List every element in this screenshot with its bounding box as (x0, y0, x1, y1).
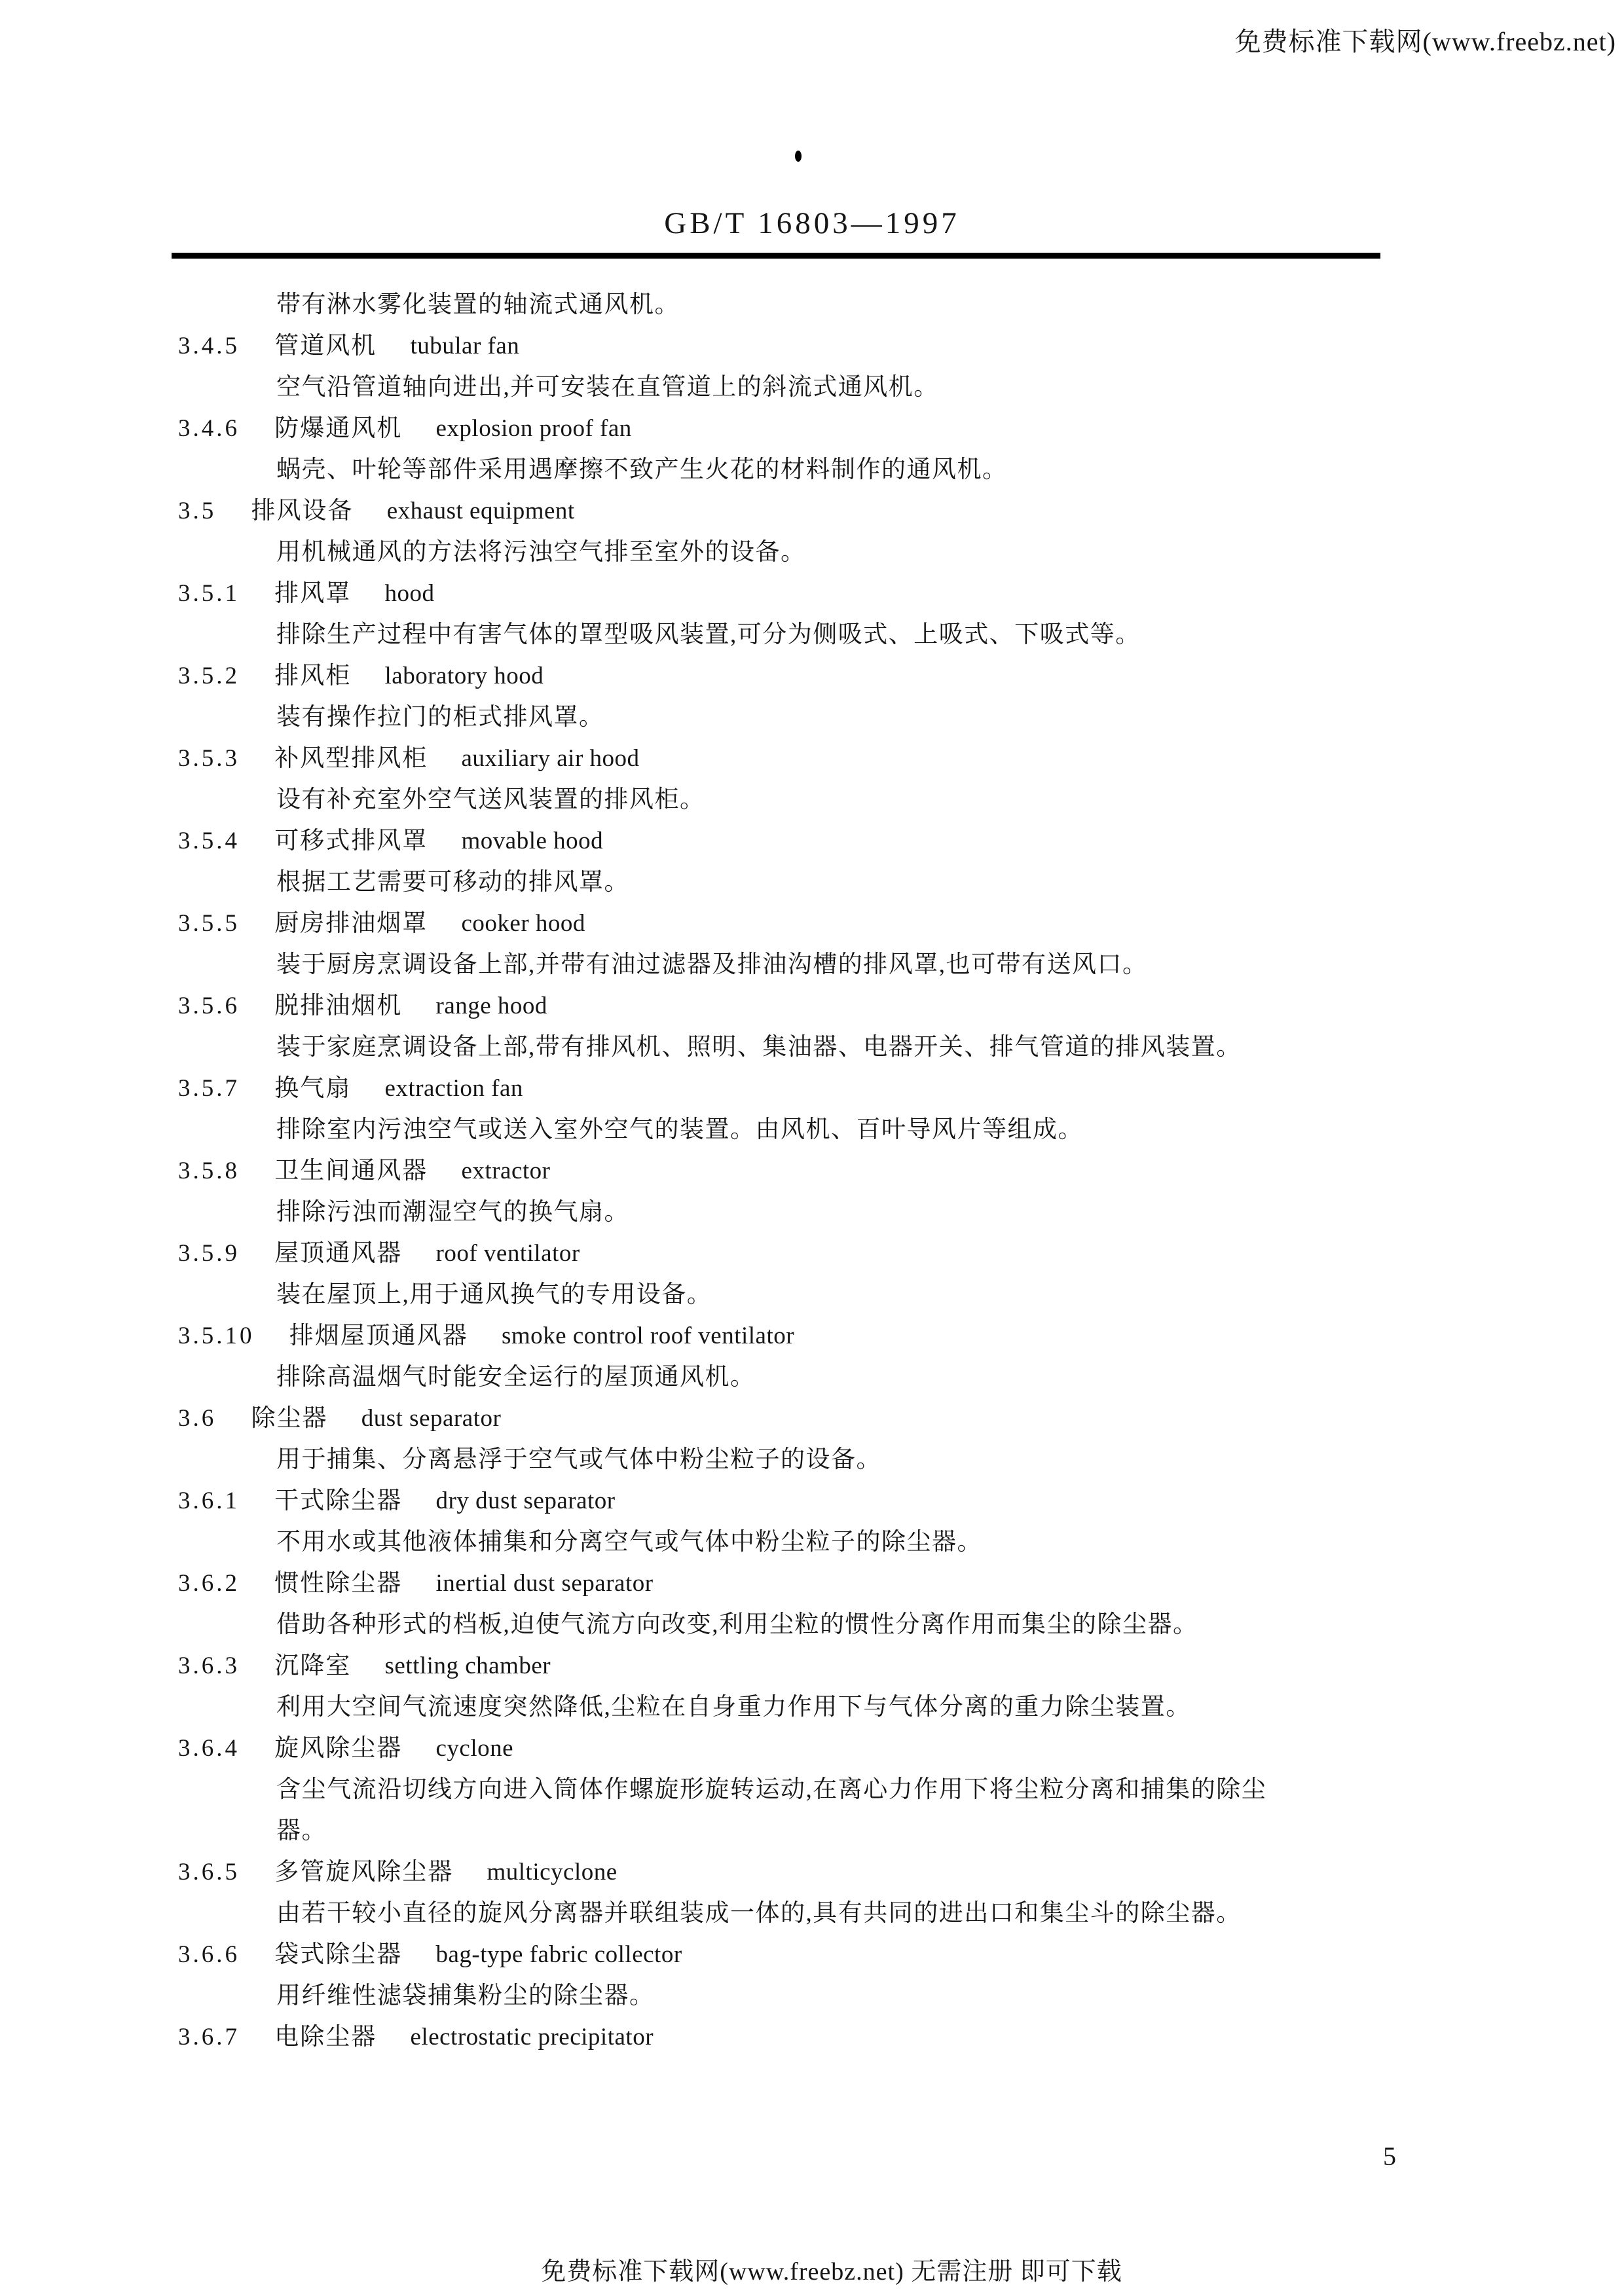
term-zh: 排烟屋顶通风器 (289, 1322, 468, 1349)
definition-line: 排除室内污浊空气或送入室外空气的装置。由风机、百叶导风片等组成。 (0, 1109, 1624, 1150)
term-en: roof ventilator (436, 1240, 580, 1267)
section-number: 3.5.8 (178, 1150, 240, 1192)
term-zh: 管道风机 (274, 333, 377, 359)
term-zh: 防爆通风机 (274, 415, 402, 442)
term-zh: 厨房排油烟罩 (274, 910, 428, 937)
section-number: 3.6.5 (178, 1851, 240, 1893)
term-entry: 3.6.1 干式除尘器 dry dust separator 不用水或其他液体捕… (0, 1480, 1624, 1563)
term-en: dust separator (361, 1405, 502, 1432)
term-entry: 3.5 排风设备 exhaust equipment 用机械通风的方法将污浊空气… (0, 490, 1624, 573)
term-zh: 排风设备 (251, 498, 354, 524)
term-entry: 3.5.8 卫生间通风器 extractor 排除污浊而潮湿空气的换气扇。 (0, 1150, 1624, 1233)
term-entry: 3.5.3 补风型排风柜 auxiliary air hood 设有补充室外空气… (0, 738, 1624, 820)
term-line: 3.5.2 排风柜 laboratory hood (0, 655, 1624, 697)
term-en: exhaust equipment (387, 498, 575, 524)
header-rule (172, 253, 1380, 259)
definition-line: 带有淋水雾化装置的轴流式通风机。 (0, 284, 1624, 325)
definition-line: 设有补充室外空气送风装置的排风柜。 (0, 779, 1624, 820)
section-number: 3.5.9 (178, 1233, 240, 1274)
definition-block: 装有操作拉门的柜式排风罩。 (0, 697, 1624, 738)
term-zh: 脱排油烟机 (274, 993, 402, 1019)
definition-line: 用机械通风的方法将污浊空气排至室外的设备。 (0, 532, 1624, 573)
section-number: 3.5.10 (178, 1315, 255, 1357)
term-en: dry dust separator (436, 1487, 616, 1514)
term-entry: 3.6.2 惯性除尘器 inertial dust separator 借助各种… (0, 1563, 1624, 1645)
term-entry: 3.5.10 排烟屋顶通风器 smoke control roof ventil… (0, 1315, 1624, 1398)
term-zh: 电除尘器 (274, 2024, 377, 2050)
term-en: cyclone (436, 1735, 514, 1762)
term-line: 3.6.2 惯性除尘器 inertial dust separator (0, 1563, 1624, 1604)
definition-block: 不用水或其他液体捕集和分离空气或气体中粉尘粒子的除尘器。 (0, 1522, 1624, 1563)
definition-line: 用纤维性滤袋捕集粉尘的除尘器。 (0, 1975, 1624, 2016)
definition-block: 排除污浊而潮湿空气的换气扇。 (0, 1192, 1624, 1233)
section-number: 3.6.3 (178, 1645, 240, 1686)
term-en: cooker hood (462, 910, 585, 937)
definition-block: 含尘气流沿切线方向进入筒体作螺旋形旋转运动,在离心力作用下将尘粒分离和捕集的除尘… (0, 1769, 1624, 1851)
term-entry: 3.6.7 电除尘器 electrostatic precipitator (0, 2016, 1624, 2058)
term-en: movable hood (462, 828, 604, 854)
term-en: laboratory hood (385, 663, 544, 689)
term-zh: 排风柜 (274, 663, 351, 689)
term-zh: 沉降室 (274, 1652, 351, 1679)
section-number: 3.4.6 (178, 408, 240, 449)
definition-line: 装于厨房烹调设备上部,并带有油过滤器及排油沟槽的排风罩,也可带有送风口。 (0, 944, 1624, 985)
watermark-top-text: 免费标准下载网(www.freebz.net) (1235, 21, 1616, 58)
section-number: 3.4.5 (178, 325, 240, 367)
section-number: 3.5.4 (178, 820, 240, 862)
term-en: bag-type fabric collector (436, 1941, 682, 1968)
section-number: 3.6.6 (178, 1934, 240, 1975)
definition-line: 借助各种形式的档板,迫使气流方向改变,利用尘粒的惯性分离作用而集尘的除尘器。 (0, 1604, 1624, 1645)
term-line: 3.4.6 防爆通风机 explosion proof fan (0, 408, 1624, 449)
definition-line: 器。 (0, 1810, 1624, 1851)
term-entry: 3.5.4 可移式排风罩 movable hood 根据工艺需要可移动的排风罩。 (0, 820, 1624, 903)
term-zh: 屋顶通风器 (274, 1240, 402, 1267)
term-entry: 3.5.6 脱排油烟机 range hood 装于家庭烹调设备上部,带有排风机、… (0, 985, 1624, 1068)
term-line: 3.5.7 换气扇 extraction fan (0, 1068, 1624, 1109)
definition-line: 装在屋顶上,用于通风换气的专用设备。 (0, 1274, 1624, 1315)
term-line: 3.6.3 沉降室 settling chamber (0, 1645, 1624, 1686)
page-number: 5 (1383, 2141, 1396, 2172)
term-line: 3.5.1 排风罩 hood (0, 573, 1624, 614)
definition-block: 用机械通风的方法将污浊空气排至室外的设备。 (0, 532, 1624, 573)
term-en: explosion proof fan (436, 415, 632, 442)
term-en: multicyclone (487, 1859, 618, 1886)
definition-line: 空气沿管道轴向进出,并可安装在直管道上的斜流式通风机。 (0, 367, 1624, 408)
term-zh: 袋式除尘器 (274, 1941, 402, 1968)
term-entry: 3.6.5 多管旋风除尘器 multicyclone 由若干较小直径的旋风分离器… (0, 1851, 1624, 1934)
section-number: 3.6.7 (178, 2016, 240, 2058)
definition-line: 排除生产过程中有害气体的罩型吸风装置,可分为侧吸式、上吸式、下吸式等。 (0, 614, 1624, 655)
term-entry: 3.5.1 排风罩 hood 排除生产过程中有害气体的罩型吸风装置,可分为侧吸式… (0, 573, 1624, 655)
term-zh: 排风罩 (274, 580, 351, 607)
section-number: 3.5.1 (178, 573, 240, 614)
term-entry: 3.4.6 防爆通风机 explosion proof fan 蜗壳、叶轮等部件… (0, 408, 1624, 490)
term-line: 3.6.1 干式除尘器 dry dust separator (0, 1480, 1624, 1522)
term-entry: 3.5.9 屋顶通风器 roof ventilator 装在屋顶上,用于通风换气… (0, 1233, 1624, 1315)
definition-line: 装于家庭烹调设备上部,带有排风机、照明、集油器、电器开关、排气管道的排风装置。 (0, 1027, 1624, 1068)
term-zh: 多管旋风除尘器 (274, 1859, 453, 1886)
definition-block: 排除高温烟气时能安全运行的屋顶通风机。 (0, 1357, 1624, 1398)
stray-dot (795, 151, 802, 162)
section-number: 3.6.2 (178, 1563, 240, 1604)
term-en: extraction fan (385, 1075, 523, 1102)
term-entry: 3.4.5 管道风机 tubular fan 空气沿管道轴向进出,并可安装在直管… (0, 325, 1624, 408)
term-zh: 旋风除尘器 (274, 1735, 402, 1762)
watermark-bottom-text: 免费标准下载网(www.freebz.net) 无需注册 即可下载 (20, 2251, 1624, 2287)
definition-block: 用于捕集、分离悬浮于空气或气体中粉尘粒子的设备。 (0, 1439, 1624, 1480)
section-number: 3.6 (178, 1398, 216, 1439)
section-number: 3.5.5 (178, 903, 240, 944)
standard-code: GB/T 16803—1997 (0, 206, 1624, 241)
section-number: 3.5.7 (178, 1068, 240, 1109)
definition-block: 装在屋顶上,用于通风换气的专用设备。 (0, 1274, 1624, 1315)
term-en: hood (385, 580, 435, 607)
term-en: auxiliary air hood (462, 745, 640, 772)
term-entry: 3.5.2 排风柜 laboratory hood 装有操作拉门的柜式排风罩。 (0, 655, 1624, 738)
definition-block: 借助各种形式的档板,迫使气流方向改变,利用尘粒的惯性分离作用而集尘的除尘器。 (0, 1604, 1624, 1645)
definition-line: 不用水或其他液体捕集和分离空气或气体中粉尘粒子的除尘器。 (0, 1522, 1624, 1563)
definition-block: 装于家庭烹调设备上部,带有排风机、照明、集油器、电器开关、排气管道的排风装置。 (0, 1027, 1624, 1068)
term-line: 3.5 排风设备 exhaust equipment (0, 490, 1624, 532)
terms-list: 带有淋水雾化装置的轴流式通风机。 3.4.5 管道风机 tubular fan … (0, 284, 1624, 2058)
term-line: 3.5.8 卫生间通风器 extractor (0, 1150, 1624, 1192)
section-number: 3.5.2 (178, 655, 240, 697)
definition-line: 排除高温烟气时能安全运行的屋顶通风机。 (0, 1357, 1624, 1398)
definition-block: 蜗壳、叶轮等部件采用遇摩擦不致产生火花的材料制作的通风机。 (0, 449, 1624, 490)
definition-line: 用于捕集、分离悬浮于空气或气体中粉尘粒子的设备。 (0, 1439, 1624, 1480)
definition-line: 由若干较小直径的旋风分离器并联组装成一体的,具有共同的进出口和集尘斗的除尘器。 (0, 1893, 1624, 1934)
term-entry: 3.5.7 换气扇 extraction fan 排除室内污浊空气或送入室外空气… (0, 1068, 1624, 1150)
definition-block: 装于厨房烹调设备上部,并带有油过滤器及排油沟槽的排风罩,也可带有送风口。 (0, 944, 1624, 985)
term-line: 3.5.9 屋顶通风器 roof ventilator (0, 1233, 1624, 1274)
term-entry: 3.6 除尘器 dust separator 用于捕集、分离悬浮于空气或气体中粉… (0, 1398, 1624, 1480)
term-en: inertial dust separator (436, 1570, 654, 1597)
term-en: range hood (436, 993, 547, 1019)
definition-line: 利用大空间气流速度突然降低,尘粒在自身重力作用下与气体分离的重力除尘装置。 (0, 1686, 1624, 1728)
term-line: 3.5.4 可移式排风罩 movable hood (0, 820, 1624, 862)
term-en: tubular fan (411, 333, 520, 359)
term-zh: 惯性除尘器 (274, 1570, 402, 1597)
term-line: 3.6.7 电除尘器 electrostatic precipitator (0, 2016, 1624, 2058)
section-number: 3.5.6 (178, 985, 240, 1027)
term-zh: 卫生间通风器 (274, 1157, 428, 1184)
term-entry: 3.6.6 袋式除尘器 bag-type fabric collector 用纤… (0, 1934, 1624, 2016)
term-en: smoke control roof ventilator (502, 1322, 794, 1349)
section-number: 3.5.3 (178, 738, 240, 779)
term-en: electrostatic precipitator (411, 2024, 654, 2050)
term-entries: 3.4.5 管道风机 tubular fan 空气沿管道轴向进出,并可安装在直管… (0, 325, 1624, 2058)
term-line: 3.5.10 排烟屋顶通风器 smoke control roof ventil… (0, 1315, 1624, 1357)
term-en: extractor (462, 1157, 551, 1184)
term-zh: 可移式排风罩 (274, 828, 428, 854)
definition-line: 根据工艺需要可移动的排风罩。 (0, 862, 1624, 903)
term-entry: 3.5.5 厨房排油烟罩 cooker hood 装于厨房烹调设备上部,并带有油… (0, 903, 1624, 985)
term-line: 3.5.5 厨房排油烟罩 cooker hood (0, 903, 1624, 944)
definition-block: 排除室内污浊空气或送入室外空气的装置。由风机、百叶导风片等组成。 (0, 1109, 1624, 1150)
term-entry: 3.6.4 旋风除尘器 cyclone 含尘气流沿切线方向进入筒体作螺旋形旋转运… (0, 1728, 1624, 1851)
section-number: 3.6.1 (178, 1480, 240, 1522)
term-line: 3.6.4 旋风除尘器 cyclone (0, 1728, 1624, 1769)
term-line: 3.6.5 多管旋风除尘器 multicyclone (0, 1851, 1624, 1893)
definition-block: 根据工艺需要可移动的排风罩。 (0, 862, 1624, 903)
document-page: 免费标准下载网(www.freebz.net) GB/T 16803—1997 … (0, 0, 1624, 2296)
definition-line: 蜗壳、叶轮等部件采用遇摩擦不致产生火花的材料制作的通风机。 (0, 449, 1624, 490)
definition-block: 排除生产过程中有害气体的罩型吸风装置,可分为侧吸式、上吸式、下吸式等。 (0, 614, 1624, 655)
definition-block: 设有补充室外空气送风装置的排风柜。 (0, 779, 1624, 820)
term-line: 3.4.5 管道风机 tubular fan (0, 325, 1624, 367)
term-line: 3.6 除尘器 dust separator (0, 1398, 1624, 1439)
definition-line: 含尘气流沿切线方向进入筒体作螺旋形旋转运动,在离心力作用下将尘粒分离和捕集的除尘 (0, 1769, 1624, 1810)
term-en: settling chamber (385, 1652, 551, 1679)
term-zh: 补风型排风柜 (274, 745, 428, 772)
term-line: 3.6.6 袋式除尘器 bag-type fabric collector (0, 1934, 1624, 1975)
term-zh: 干式除尘器 (274, 1487, 402, 1514)
definition-line: 排除污浊而潮湿空气的换气扇。 (0, 1192, 1624, 1233)
definition-line: 装有操作拉门的柜式排风罩。 (0, 697, 1624, 738)
term-line: 3.5.3 补风型排风柜 auxiliary air hood (0, 738, 1624, 779)
term-entry: 3.6.3 沉降室 settling chamber 利用大空间气流速度突然降低… (0, 1645, 1624, 1728)
section-number: 3.5 (178, 490, 216, 532)
term-line: 3.5.6 脱排油烟机 range hood (0, 985, 1624, 1027)
term-zh: 除尘器 (251, 1405, 328, 1432)
section-number: 3.6.4 (178, 1728, 240, 1769)
definition-block: 利用大空间气流速度突然降低,尘粒在自身重力作用下与气体分离的重力除尘装置。 (0, 1686, 1624, 1728)
definition-block: 用纤维性滤袋捕集粉尘的除尘器。 (0, 1975, 1624, 2016)
definition-block: 由若干较小直径的旋风分离器并联组装成一体的,具有共同的进出口和集尘斗的除尘器。 (0, 1893, 1624, 1934)
term-zh: 换气扇 (274, 1075, 351, 1102)
definition-block: 空气沿管道轴向进出,并可安装在直管道上的斜流式通风机。 (0, 367, 1624, 408)
